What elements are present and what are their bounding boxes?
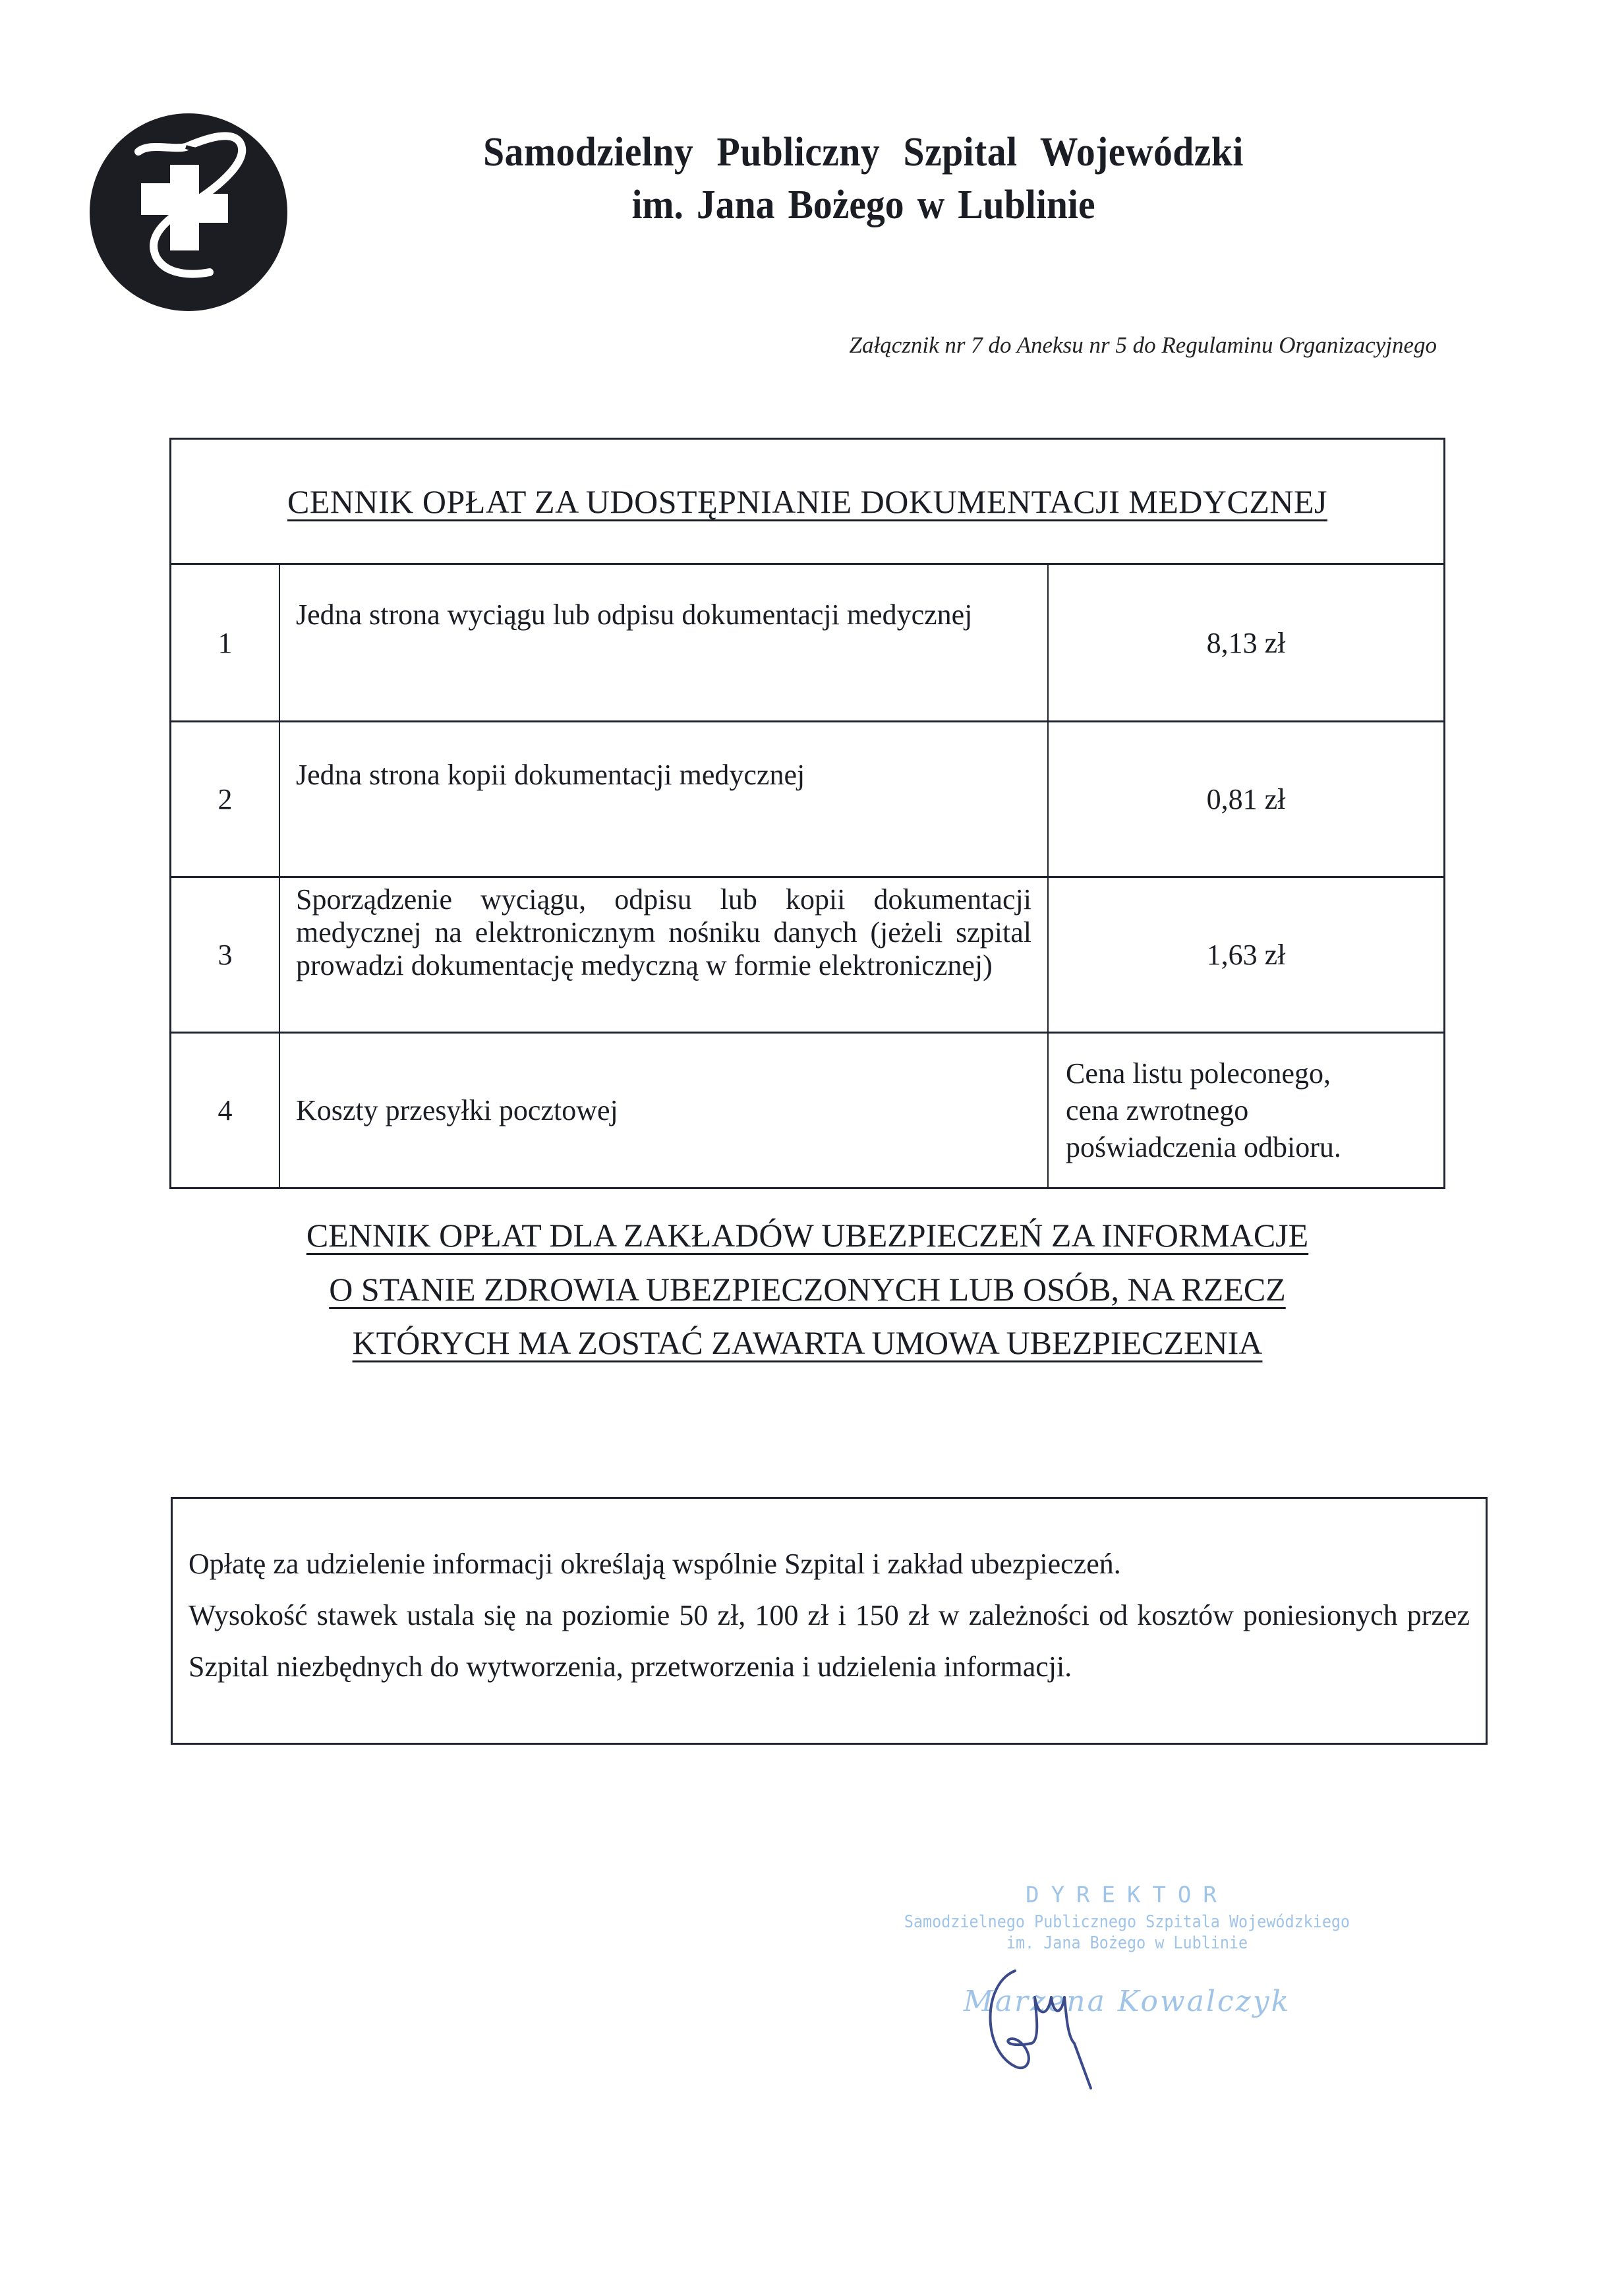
table-row: 1 Jedna strona wyciągu lub odpisu dokume… [171,565,1443,722]
row-price: 0,81 zł [1049,722,1443,876]
table-row: 2 Jedna strona kopii dokumentacji medycz… [171,722,1443,878]
price-table-title: CENNIK OPŁAT ZA UDOSTĘPNIANIE DOKUMENTAC… [287,482,1327,521]
price-line: poświadczenia odbioru. [1066,1129,1341,1166]
row-number: 4 [171,1034,280,1187]
row-number: 3 [171,878,280,1032]
hospital-name-line1: Samodzielny Publiczny Szpital Wojewódzki [404,129,1323,176]
insurance-section-title-line3: KTÓRYCH MA ZOSTAĆ ZAWARTA UMOWA UBEZPIEC… [169,1324,1445,1362]
stamp-title: DYREKTOR [877,1882,1377,1908]
row-price: Cena listu poleconego, cena zwrotnego po… [1049,1034,1443,1187]
price-table-header: CENNIK OPŁAT ZA UDOSTĘPNIANIE DOKUMENTAC… [171,440,1443,565]
stamp-institution-line2: im. Jana Bożego w Lublinie [902,1933,1352,1953]
insurance-section-title-line1: CENNIK OPŁAT DLA ZAKŁADÓW UBEZPIECZEŃ ZA… [169,1216,1445,1254]
hospital-logo [87,111,290,314]
price-line: cena zwrotnego [1066,1092,1341,1129]
insurance-info-box: Opłatę za udzielenie informacji określaj… [171,1497,1488,1745]
row-number: 2 [171,722,280,876]
stamp-institution: Samodzielnego Publicznego Szpitala Wojew… [902,1912,1352,1932]
stamp-director-name: Marzena Kowalczyk [877,1985,1377,2018]
signature-icon [969,1958,1114,2089]
insurance-paragraph-2: Wysokość stawek ustala się na poziomie 5… [188,1590,1470,1693]
row-price: 8,13 zł [1049,565,1443,720]
annex-reference: Załącznik nr 7 do Aneksu nr 5 do Regulam… [659,332,1437,359]
price-table: CENNIK OPŁAT ZA UDOSTĘPNIANIE DOKUMENTAC… [169,438,1445,1189]
row-description: Jedna strona kopii dokumentacji medyczne… [280,722,1049,876]
row-price: 1,63 zł [1049,878,1443,1032]
hospital-name-line2: im. Jana Bożego w Lublinie [404,182,1323,229]
price-line: Cena listu poleconego, [1066,1055,1341,1092]
insurance-paragraph-1: Opłatę za udzielenie informacji określaj… [188,1538,1470,1590]
row-description: Jedna strona wyciągu lub odpisu dokument… [280,565,1049,720]
table-row: 3 Sporządzenie wyciągu, odpisu lub kopii… [171,878,1443,1034]
row-number: 1 [171,565,280,720]
cross-serpent-icon [87,111,290,314]
director-stamp: DYREKTOR Samodzielnego Publicznego Szpit… [877,1882,1377,2018]
insurance-section-title-line2: O STANIE ZDROWIA UBEZPIECZONYCH LUB OSÓB… [169,1270,1445,1308]
row-description: Sporządzenie wyciągu, odpisu lub kopii d… [280,878,1049,1032]
row-description: Koszty przesyłki pocztowej [280,1034,1049,1187]
signature [969,1958,1114,2089]
table-row: 4 Koszty przesyłki pocztowej Cena listu … [171,1034,1443,1187]
